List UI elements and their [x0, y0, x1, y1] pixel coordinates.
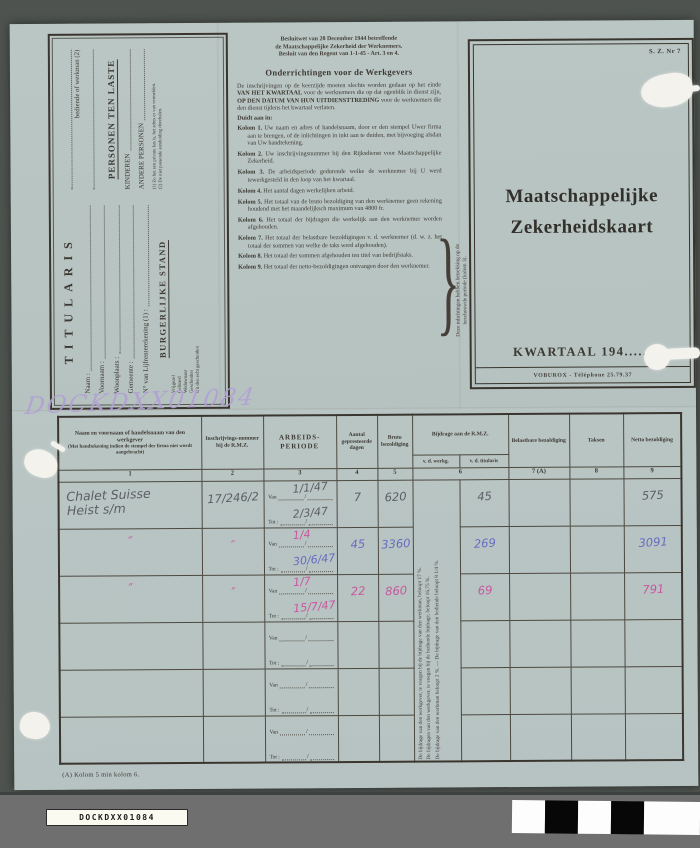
- cell-holder-share: [461, 667, 510, 714]
- cell-taxes: [571, 666, 625, 713]
- cell-net: [624, 619, 682, 666]
- cell-employer: ″: [59, 575, 202, 623]
- kolom-item-7: Kolom 7. Het totaal der belastbare bezol…: [248, 234, 442, 250]
- cell-taxable: [508, 479, 569, 526]
- panel-footnotes: (1) Zo het een private kas is, het adres…: [152, 49, 164, 189]
- cell-days: [337, 621, 378, 668]
- cell-net: [625, 713, 683, 760]
- header-employer-share: v. d. werkg.: [412, 454, 459, 467]
- cell-registration: 17/246/2: [201, 481, 263, 528]
- calibration-square: [644, 801, 700, 835]
- kolom-item-9: Kolom 9. Het totaal der netto-bezoldigin…: [248, 263, 442, 272]
- kolom-item-3: Kolom 3. De arbeidsperiode gedurende wel…: [248, 168, 442, 184]
- side-note-text: Deze inlichtingen hebben betrekking op d…: [455, 234, 469, 346]
- field-andere-personen: ANDERE PERSONEN: [137, 49, 146, 189]
- dotted-line: [127, 205, 135, 358]
- cell-employer: [60, 716, 203, 764]
- instructions-intro: De inschrijvingen op de keerzijde moeten…: [232, 81, 446, 112]
- header-taxable-pay: Belastbare bezoldiging: [508, 414, 569, 467]
- tape-streak: [678, 85, 700, 93]
- form-number: S. Z. Nr 7: [649, 48, 681, 55]
- cell-gross: 860: [378, 574, 413, 621]
- cell-registration: ″: [202, 528, 264, 575]
- titularis-panel: TITULARIS Naam : Voornaam : Woonplaats :…: [48, 33, 230, 410]
- cell-holder-share: [461, 714, 510, 761]
- card-title: Maatschappelijke Zekerheidskaart: [475, 180, 689, 243]
- field-kinderen: KINDEREN: [122, 49, 131, 189]
- cell-employer: [60, 669, 203, 717]
- employer-table: Naam en voornaam of handelsnaam van den …: [57, 412, 684, 765]
- instructions-panel: Besluitwet van 28 December 1944 betreffe…: [232, 27, 447, 271]
- document-card: TITULARIS Naam : Voornaam : Woonplaats :…: [10, 20, 699, 790]
- header-taxes: Taksen: [569, 413, 623, 466]
- cell-employer: Chalet SuisseHeist s/m: [58, 481, 201, 529]
- titularis-rotated-content: TITULARIS Naam : Voornaam : Woonplaats :…: [56, 41, 222, 402]
- cell-days: 45: [337, 527, 378, 574]
- cell-gross: [378, 621, 413, 668]
- table-row: Chalet SuisseHeist s/m 17/246/2 Van/1/1/…: [58, 478, 681, 529]
- dependents-fields: bediende of werkman (2) PERSONEN TEN LAS…: [56, 41, 221, 200]
- cell-taxable: [509, 573, 570, 620]
- photo-background: TITULARIS Naam : Voornaam : Woonplaats :…: [0, 0, 700, 848]
- cell-net: [625, 666, 683, 713]
- table-row: Van/ Tot :/: [60, 713, 683, 764]
- cell-taxable: [509, 526, 570, 573]
- table-footnote: (A) Kolom 5 min kolom 6.: [62, 771, 139, 778]
- cell-gross: [379, 668, 414, 715]
- archive-code-label: DOCKDXX01084: [46, 809, 188, 826]
- dotted-line-row: [87, 50, 95, 190]
- header-days: Aantal gepresteerde dagen: [336, 415, 377, 468]
- law-reference: Besluitwet van 28 December 1944 betreffe…: [232, 35, 446, 59]
- header-net-pay: Netto bezoldiging: [623, 413, 681, 466]
- cell-period: Van/1/4 Tot :/30/6/47: [264, 527, 337, 574]
- pin-tail-right: [665, 347, 700, 360]
- cell-holder-share: 69: [460, 573, 509, 620]
- burgerlijke-stand-title: BURGERLIJKE STAND: [156, 205, 167, 393]
- field-voornaam: Voornaam :: [97, 206, 106, 394]
- cell-holder-share: 45: [459, 479, 508, 526]
- cell-taxes: [570, 572, 624, 619]
- cell-period: Van/ Tot :/: [265, 715, 338, 762]
- cell-registration: [203, 716, 265, 763]
- cell-holder-share: 269: [460, 526, 509, 573]
- cell-taxable: [509, 620, 570, 667]
- cell-employer: ″: [59, 528, 202, 576]
- cell-days: [338, 668, 379, 715]
- kolom-item-8: Kolom 8. Het totaal der sommen afgehoude…: [248, 252, 442, 261]
- calibration-strip: [512, 800, 700, 835]
- field-naam: Naam :: [82, 206, 91, 394]
- cell-taxes: [570, 525, 624, 572]
- cell-taxes: [569, 478, 623, 525]
- cell-taxes: [571, 713, 625, 760]
- vertical-rate-notes: De bijdrage van den werkgever, te voegen…: [416, 485, 460, 759]
- civil-status-options: Vrijgezel Gehuwd Weduwnaar Gescheiden Ui…: [170, 205, 202, 393]
- instructions-lead-in: Duidt aan in:: [237, 113, 446, 121]
- cell-gross: 3360: [378, 527, 413, 574]
- dotted-line: [141, 205, 149, 306]
- cell-employer-share-notes: De bijdrage van den werkgever, te voegen…: [412, 479, 461, 761]
- titularis-fields: TITULARIS Naam : Voornaam : Woonplaats :…: [57, 199, 222, 402]
- cell-taxable: [510, 667, 571, 714]
- personen-ten-laste-title: PERSONEN TEN LASTE: [106, 49, 117, 189]
- kolom-item-4: Kolom 4. Het aantal dagen werkelijken ar…: [248, 186, 442, 195]
- dotted-line: [112, 205, 120, 353]
- kolom-item-5: Kolom 5. Het totaal van de bruto bezoldi…: [248, 197, 442, 213]
- calibration-square: [611, 801, 644, 834]
- worker-type-label: bediende of werkman (2): [73, 50, 81, 190]
- cell-period: Van/ Tot :/: [264, 621, 337, 668]
- table-row: Van/ Tot :/: [59, 619, 682, 670]
- cell-registration: [203, 669, 265, 716]
- cell-net: 791: [624, 572, 682, 619]
- dotted-line: [87, 50, 95, 190]
- kolom-item-2: Kolom 2. Uw inschrijvingsnummer bij den …: [247, 149, 441, 165]
- cell-registration: [202, 622, 264, 669]
- cell-employer: [59, 622, 202, 670]
- titularis-title: TITULARIS: [61, 206, 77, 394]
- cell-holder-share: [460, 620, 509, 667]
- dotted-line: [98, 206, 106, 359]
- field-gemeente: Gemeente :: [126, 205, 135, 393]
- kolom-item-6: Kolom 6. Het totaal der bijdragen die we…: [248, 215, 442, 231]
- cell-period: Van/1/7 Tot :/15/7/47: [264, 574, 337, 621]
- dotted-line-row: [64, 50, 72, 190]
- dotted-line: [83, 206, 91, 371]
- cell-taxable: [510, 714, 571, 761]
- instructions-title: Onderrichtingen voor de Werkgevers: [232, 66, 446, 77]
- table-header-row: Naam en voornaam of handelsnaam van den …: [58, 413, 681, 457]
- dotted-line: [123, 49, 131, 150]
- dotted-line: [138, 49, 145, 120]
- cell-period: Van/1/1/47 Tot :/2/3/47: [263, 480, 336, 527]
- field-lijfrenterekening: N° van Lijfrenterekening (1) :: [140, 205, 149, 393]
- table-row: ″ ″ Van/1/4 Tot :/30/6/47 45 3360 269 30…: [59, 525, 682, 576]
- kolom-item-1: Kolom 1. Uw naam en adres of handelsnaam…: [247, 124, 441, 147]
- table-row: Van/ Tot :/: [60, 666, 683, 717]
- header-gross-pay: Bruto bezoldiging: [377, 415, 412, 468]
- calibration-square: [578, 801, 611, 834]
- photo-bottom-band: DOCKDXX01084: [0, 792, 700, 848]
- header-registration: Inschrijvings-nummer bij de R.M.Z.: [201, 416, 263, 469]
- cell-days: [338, 715, 379, 762]
- header-holder-share: v. d. titularis: [459, 454, 508, 467]
- dotted-line: [64, 50, 72, 190]
- calibration-square: [512, 800, 545, 833]
- cell-gross: 620: [377, 480, 412, 527]
- header-period: ARBEIDS-PERIODE: [263, 415, 336, 468]
- cell-taxes: [570, 619, 624, 666]
- header-employer: Naam en voornaam of handelsnaam van den …: [58, 416, 201, 470]
- field-woonplaats: Woonplaats :: [111, 205, 120, 393]
- cell-net: 575: [623, 478, 681, 525]
- header-rmz-contribution: Bijdrage aan de R.M.Z.: [412, 414, 508, 455]
- cell-days: 22: [337, 574, 378, 621]
- cell-days: 7: [336, 480, 377, 527]
- cell-gross: [379, 715, 414, 762]
- cell-net: 3091: [624, 525, 682, 572]
- cell-period: Van/ Tot :/: [265, 668, 338, 715]
- cell-registration: ″: [202, 575, 264, 622]
- table-row: ″ ″ Van/1/7 Tot :/15/7/47 22 860 69 791: [59, 572, 682, 623]
- calibration-square: [545, 800, 578, 833]
